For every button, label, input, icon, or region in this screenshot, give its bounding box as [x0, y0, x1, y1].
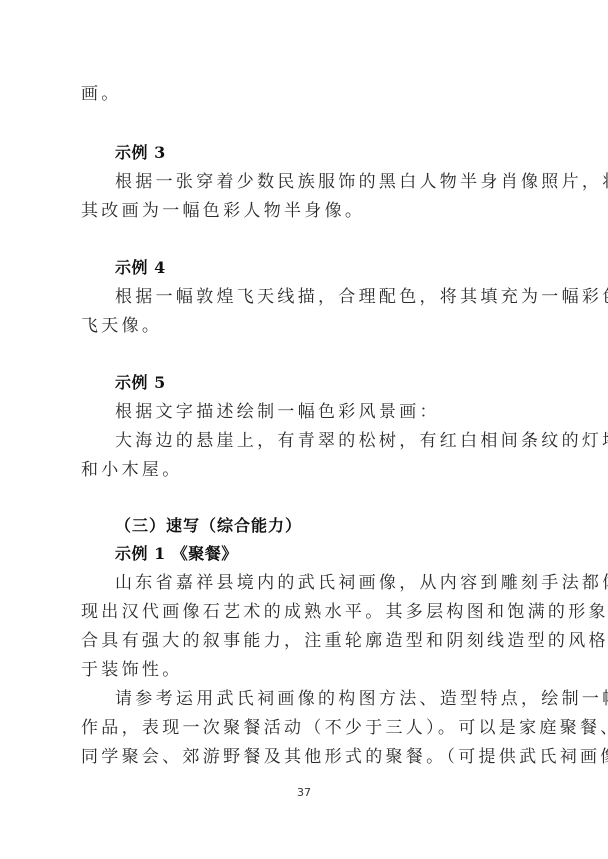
example-3-line-2: 其改画为一幅色彩人物半身像。: [81, 201, 365, 221]
example-5-line-1: 根据文字描述绘制一幅色彩风景画：: [115, 402, 440, 422]
paragraph-2-line-2: 作品，表现一次聚餐活动（不少于三人）。可以是家庭聚餐、: [81, 718, 608, 738]
paragraph-1-line-3: 合具有强大的叙事能力，注重轮廓造型和阴刻线造型的风格富: [81, 631, 608, 651]
paragraph-1-line-1: 山东省嘉祥县境内的武氏祠画像，从内容到雕刻手法都体: [115, 573, 608, 593]
example-4-heading: 示例 4: [115, 258, 166, 278]
paragraph-2-line-3: 同学聚会、郊游野餐及其他形式的聚餐。（可提供武氏祠画像: [81, 747, 608, 767]
example-5-line-3: 和小木屋。: [81, 460, 183, 480]
section-example-1-heading: 示例 1 《聚餐》: [115, 544, 238, 564]
example-4-line-1: 根据一幅敦煌飞天线描，合理配色，将其填充为一幅彩色: [115, 287, 608, 307]
example-5-line-2: 大海边的悬崖上，有青翠的松树，有红白相间条纹的灯塔: [115, 431, 608, 451]
example-5-heading: 示例 5: [115, 373, 166, 393]
example-4-line-2: 飞天像。: [81, 316, 162, 336]
section-heading: （三）速写（综合能力）: [115, 516, 302, 536]
paragraph-1-line-2: 现出汉代画像石艺术的成熟水平。其多层构图和饱满的形象组: [81, 602, 608, 622]
example-3-heading: 示例 3: [115, 143, 166, 163]
paragraph-1-line-4: 于装饰性。: [81, 660, 183, 680]
paragraph-2-line-1: 请参考运用武氏祠画像的构图方法、造型特点，绘制一幅: [115, 689, 608, 709]
continuation-text: 画。: [81, 84, 122, 104]
example-3-line-1: 根据一张穿着少数民族服饰的黑白人物半身肖像照片，将: [115, 172, 608, 192]
page-number: 37: [0, 786, 608, 799]
